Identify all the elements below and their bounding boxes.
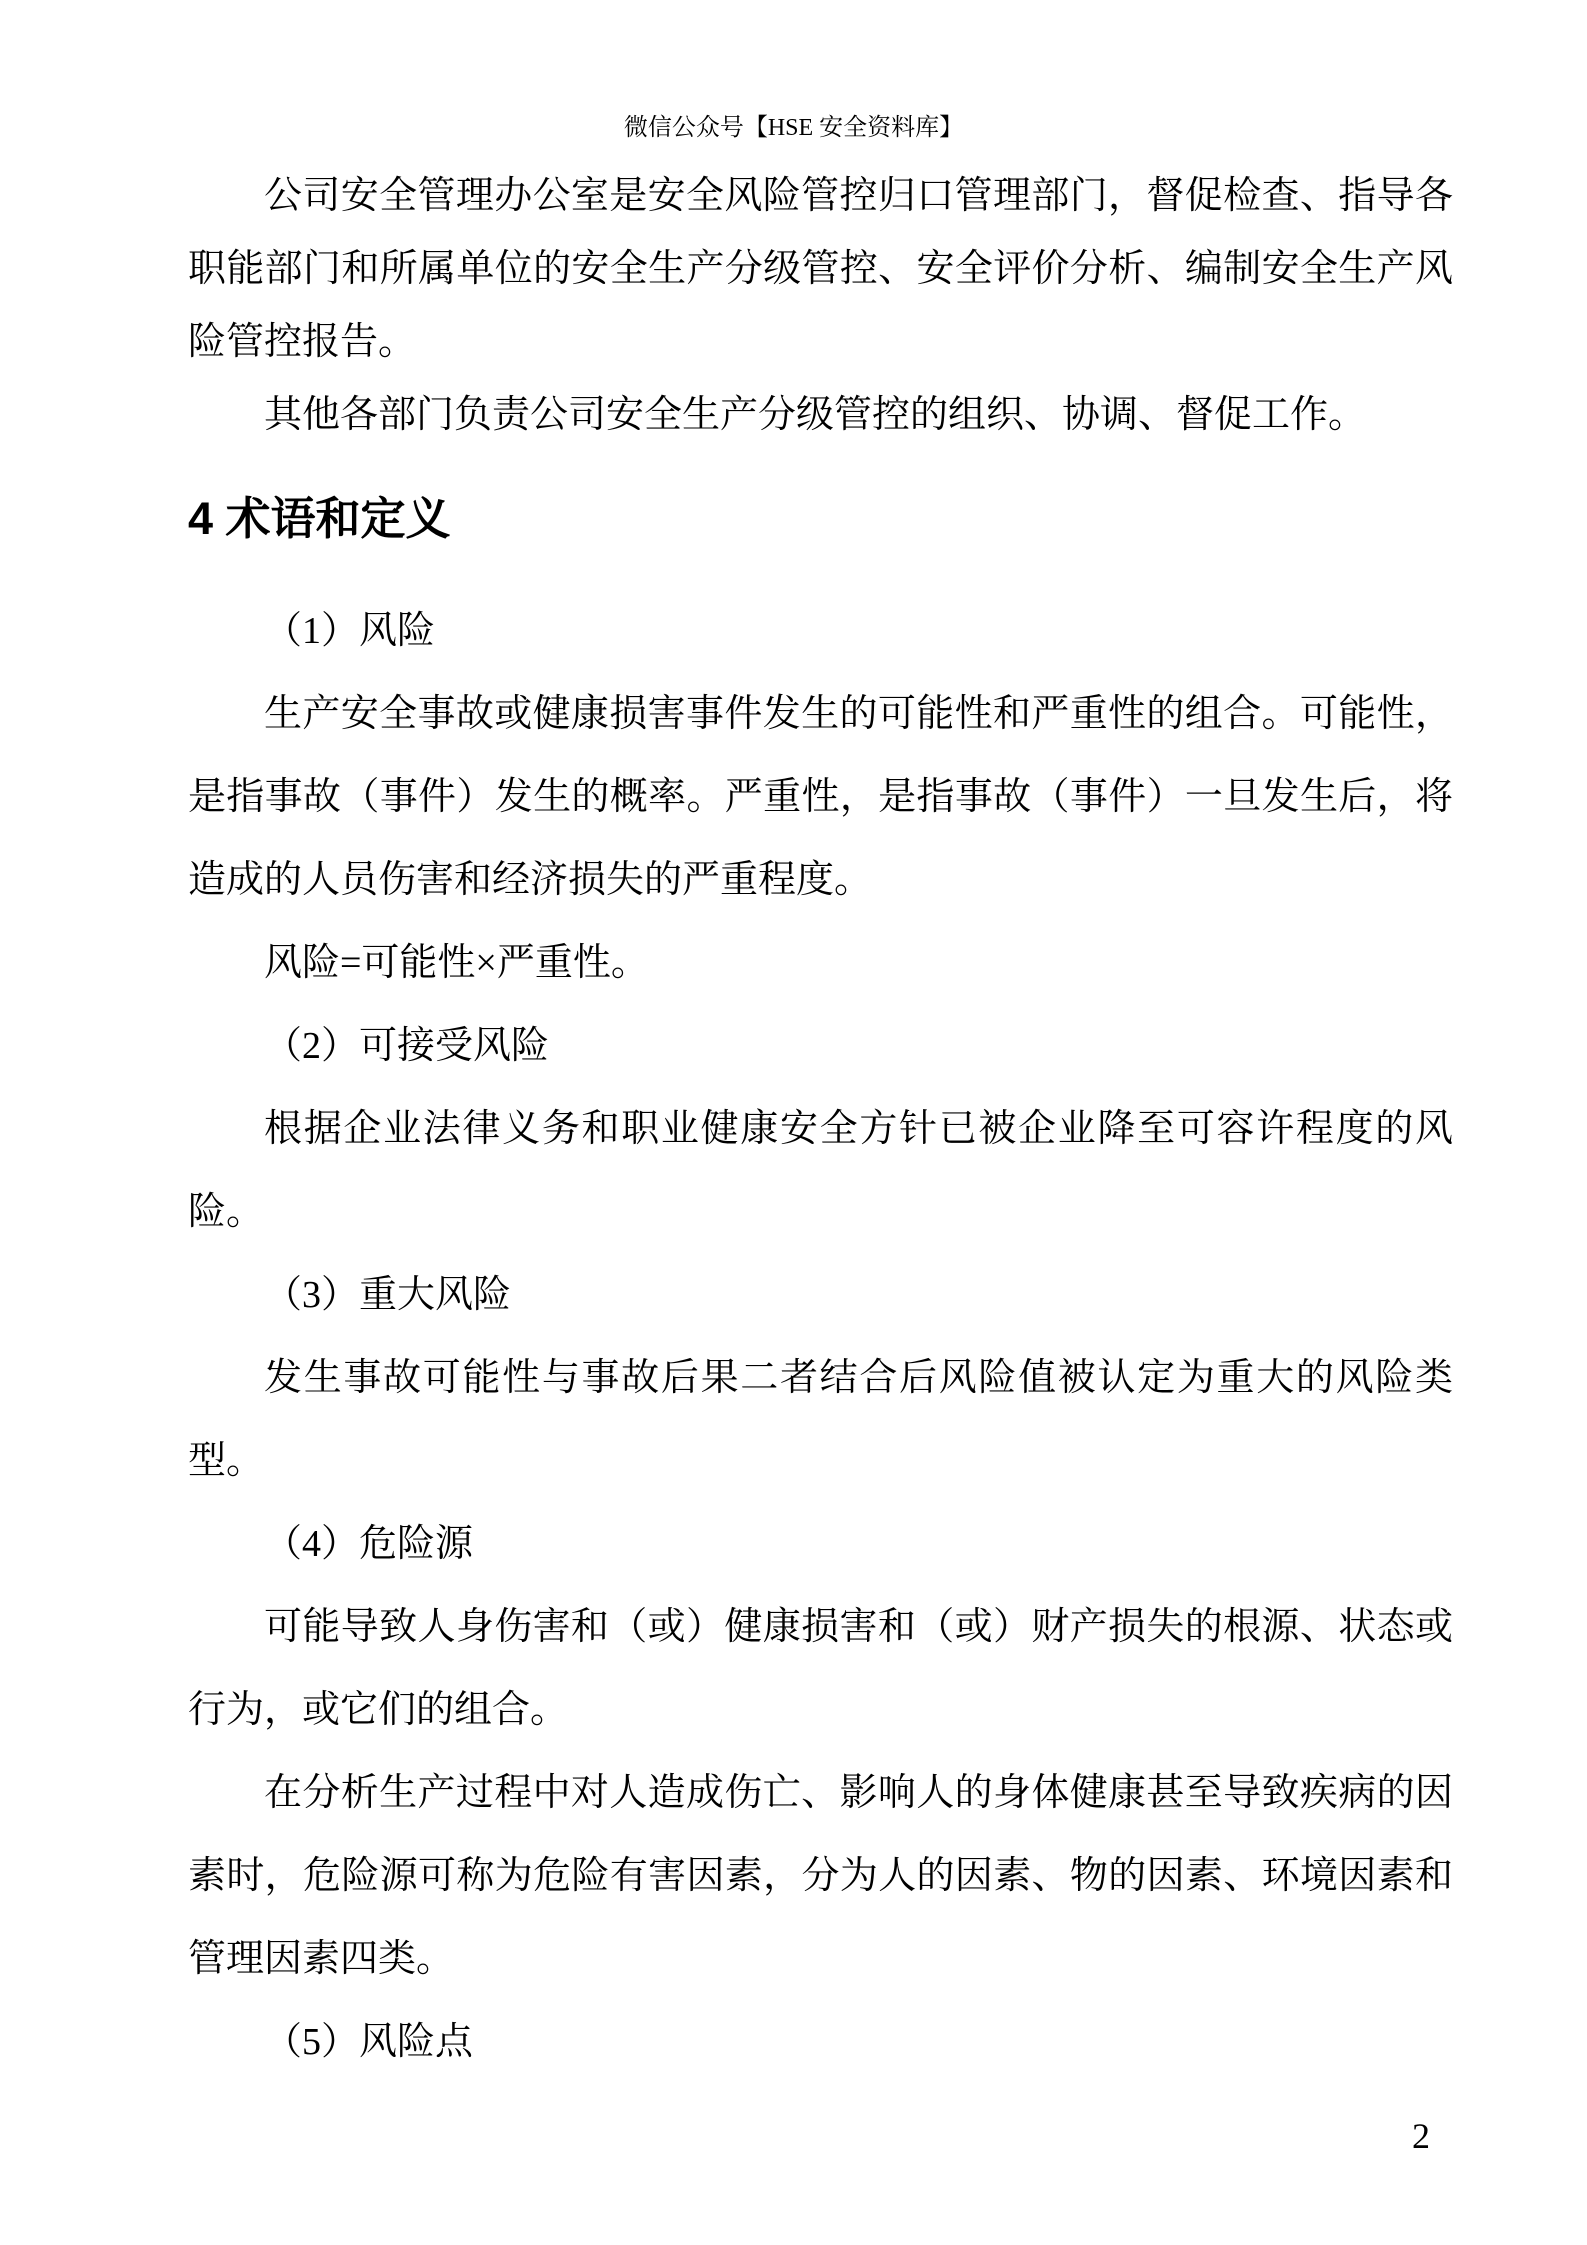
paragraph: （5）风险点 (188, 2001, 1453, 2084)
paragraph: 发生事故可能性与事故后果二者结合后风险值被认定为重大的风险类型。 (188, 1337, 1453, 1503)
paragraph: 其他各部门负责公司安全生产分级管控的组织、协调、督促工作。 (188, 379, 1453, 452)
page-number: 2 (1412, 2112, 1430, 2160)
header-text: 微信公众号【HSE 安全资料库】 (624, 115, 963, 141)
paragraph: 生产安全事故或健康损害事件发生的可能性和严重性的组合。可能性，是指事故（事件）发… (188, 673, 1453, 922)
paragraph: （3）重大风险 (188, 1254, 1453, 1337)
document-page: 微信公众号【HSE 安全资料库】 公司安全管理办公室是安全风险管控归口管理部门，… (0, 0, 1587, 2245)
page-header: 微信公众号【HSE 安全资料库】 (0, 110, 1587, 146)
paragraph: 可能导致人身伤害和（或）健康损害和（或）财产损失的根源、状态或行为，或它们的组合… (188, 1586, 1453, 1752)
paragraph: （4）危险源 (188, 1503, 1453, 1586)
paragraph: 公司安全管理办公室是安全风险管控归口管理部门，督促检查、指导各职能部门和所属单位… (188, 160, 1453, 379)
document-body: 公司安全管理办公室是安全风险管控归口管理部门，督促检查、指导各职能部门和所属单位… (188, 145, 1453, 2084)
paragraph: （2）可接受风险 (188, 1005, 1453, 1088)
paragraph: 风险=可能性×严重性。 (188, 922, 1453, 1005)
paragraph: 在分析生产过程中对人造成伤亡、影响人的身体健康甚至导致疾病的因素时，危险源可称为… (188, 1752, 1453, 2001)
paragraph: （1）风险 (188, 590, 1453, 673)
paragraph: 根据企业法律义务和职业健康安全方针已被企业降至可容许程度的风险。 (188, 1088, 1453, 1254)
section-heading: 4 术语和定义 (188, 490, 1453, 548)
